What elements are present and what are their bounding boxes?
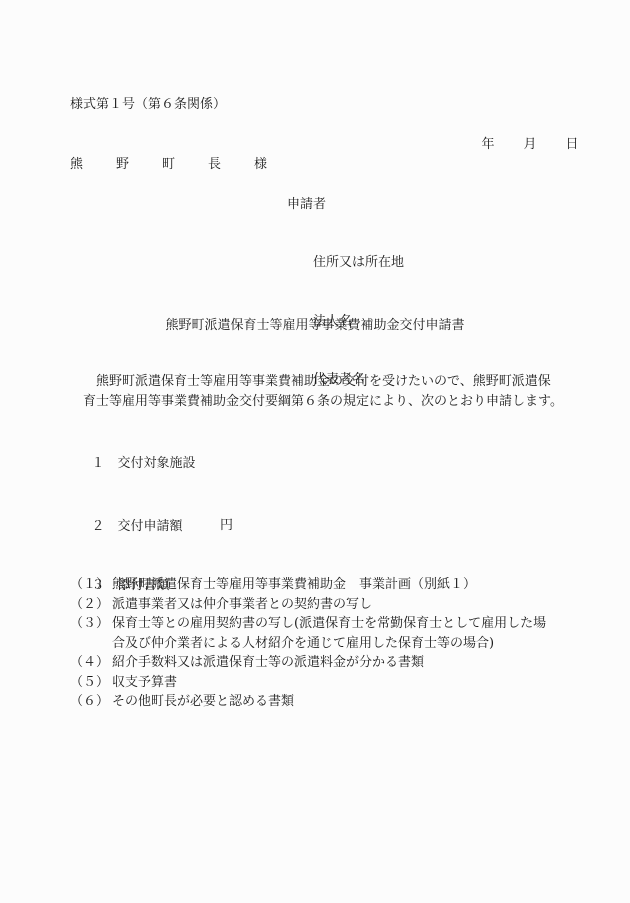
attachments-list: （１） 熊野町派遣保育士等雇用等事業費補助金 事業計画（別紙１） （２） 派遣事… [70, 575, 570, 712]
attachment-item-6: （６） その他町長が必要と認める書類 [70, 692, 570, 712]
section-2-number: ２ [92, 517, 118, 537]
attachment-marker: （４） [70, 653, 112, 673]
attachment-item-2: （２） 派遣事業者又は仲介事業者との契約書の写し [70, 595, 570, 615]
attachment-text: 収支予算書 [112, 673, 177, 693]
body-paragraph: 熊野町派遣保育士等雇用等事業費補助金の交付を受けたいので、熊野町派遣保 育士等雇… [70, 372, 570, 411]
attachment-text: その他町長が必要と認める書類 [112, 692, 294, 712]
applicant-heading: 申請者 [287, 195, 326, 215]
date-year-label: 年 [482, 135, 524, 155]
attachment-text: 派遣事業者又は仲介事業者との契約書の写し [112, 595, 372, 615]
attachment-text: 熊野町派遣保育士等雇用等事業費補助金 事業計画（別紙１） [112, 575, 476, 595]
applicant-address-label: 住所又は所在地 [313, 253, 404, 273]
attachment-marker: （１） [70, 575, 112, 595]
attachment-marker: （３） [70, 614, 112, 634]
attachment-item-3: （３） 保育士等との雇用契約書の写し(派遣保育士を常勤保育士として雇用した場 [70, 614, 570, 634]
date-month-label: 月 [524, 135, 566, 155]
date-day-label: 日 [566, 135, 579, 155]
body-line-1: 熊野町派遣保育士等雇用等事業費補助金の交付を受けたいので、熊野町派遣保 [70, 372, 570, 392]
date-line: 年月日 [465, 115, 579, 174]
section-1: １交付対象施設 [75, 434, 196, 493]
attachment-item-4: （４） 紹介手数料又は派遣保育士等の派遣料金が分かる書類 [70, 653, 570, 673]
attachment-item-3-continuation: 合及び仲介業者による人材紹介を通じて雇用した保育士等の場合) [70, 634, 570, 654]
attachment-item-1: （１） 熊野町派遣保育士等雇用等事業費補助金 事業計画（別紙１） [70, 575, 570, 595]
attachment-text: 紹介手数料又は派遣保育士等の派遣料金が分かる書類 [112, 653, 424, 673]
body-line-2: 育士等雇用等事業費補助金交付要綱第６条の規定により、次のとおり申請します。 [70, 392, 570, 412]
document-title: 熊野町派遣保育士等雇用等事業費補助金交付申請書 [0, 316, 630, 336]
attachment-text: 保育士等との雇用契約書の写し(派遣保育士を常勤保育士として雇用した場 [112, 614, 546, 634]
addressee: 熊 野 町 長 様 [70, 155, 277, 175]
form-number: 様式第１号（第６条関係） [70, 95, 226, 115]
attachment-item-5: （５） 収支予算書 [70, 673, 570, 693]
attachment-marker: （５） [70, 673, 112, 693]
attachment-marker: （２） [70, 595, 112, 615]
section-1-number: １ [92, 454, 118, 474]
section-2: ２交付申請額 [75, 497, 183, 556]
amount-unit-yen: 円 [220, 516, 233, 536]
section-1-label: 交付対象施設 [118, 456, 196, 471]
section-2-label: 交付申請額 [118, 519, 183, 534]
document-title-text: 熊野町派遣保育士等雇用等事業費補助金交付申請書 [165, 316, 464, 336]
document-page: 様式第１号（第６条関係） 年月日 熊 野 町 長 様 申請者 住所又は所在地 法… [0, 0, 630, 903]
attachment-marker: （６） [70, 692, 112, 712]
